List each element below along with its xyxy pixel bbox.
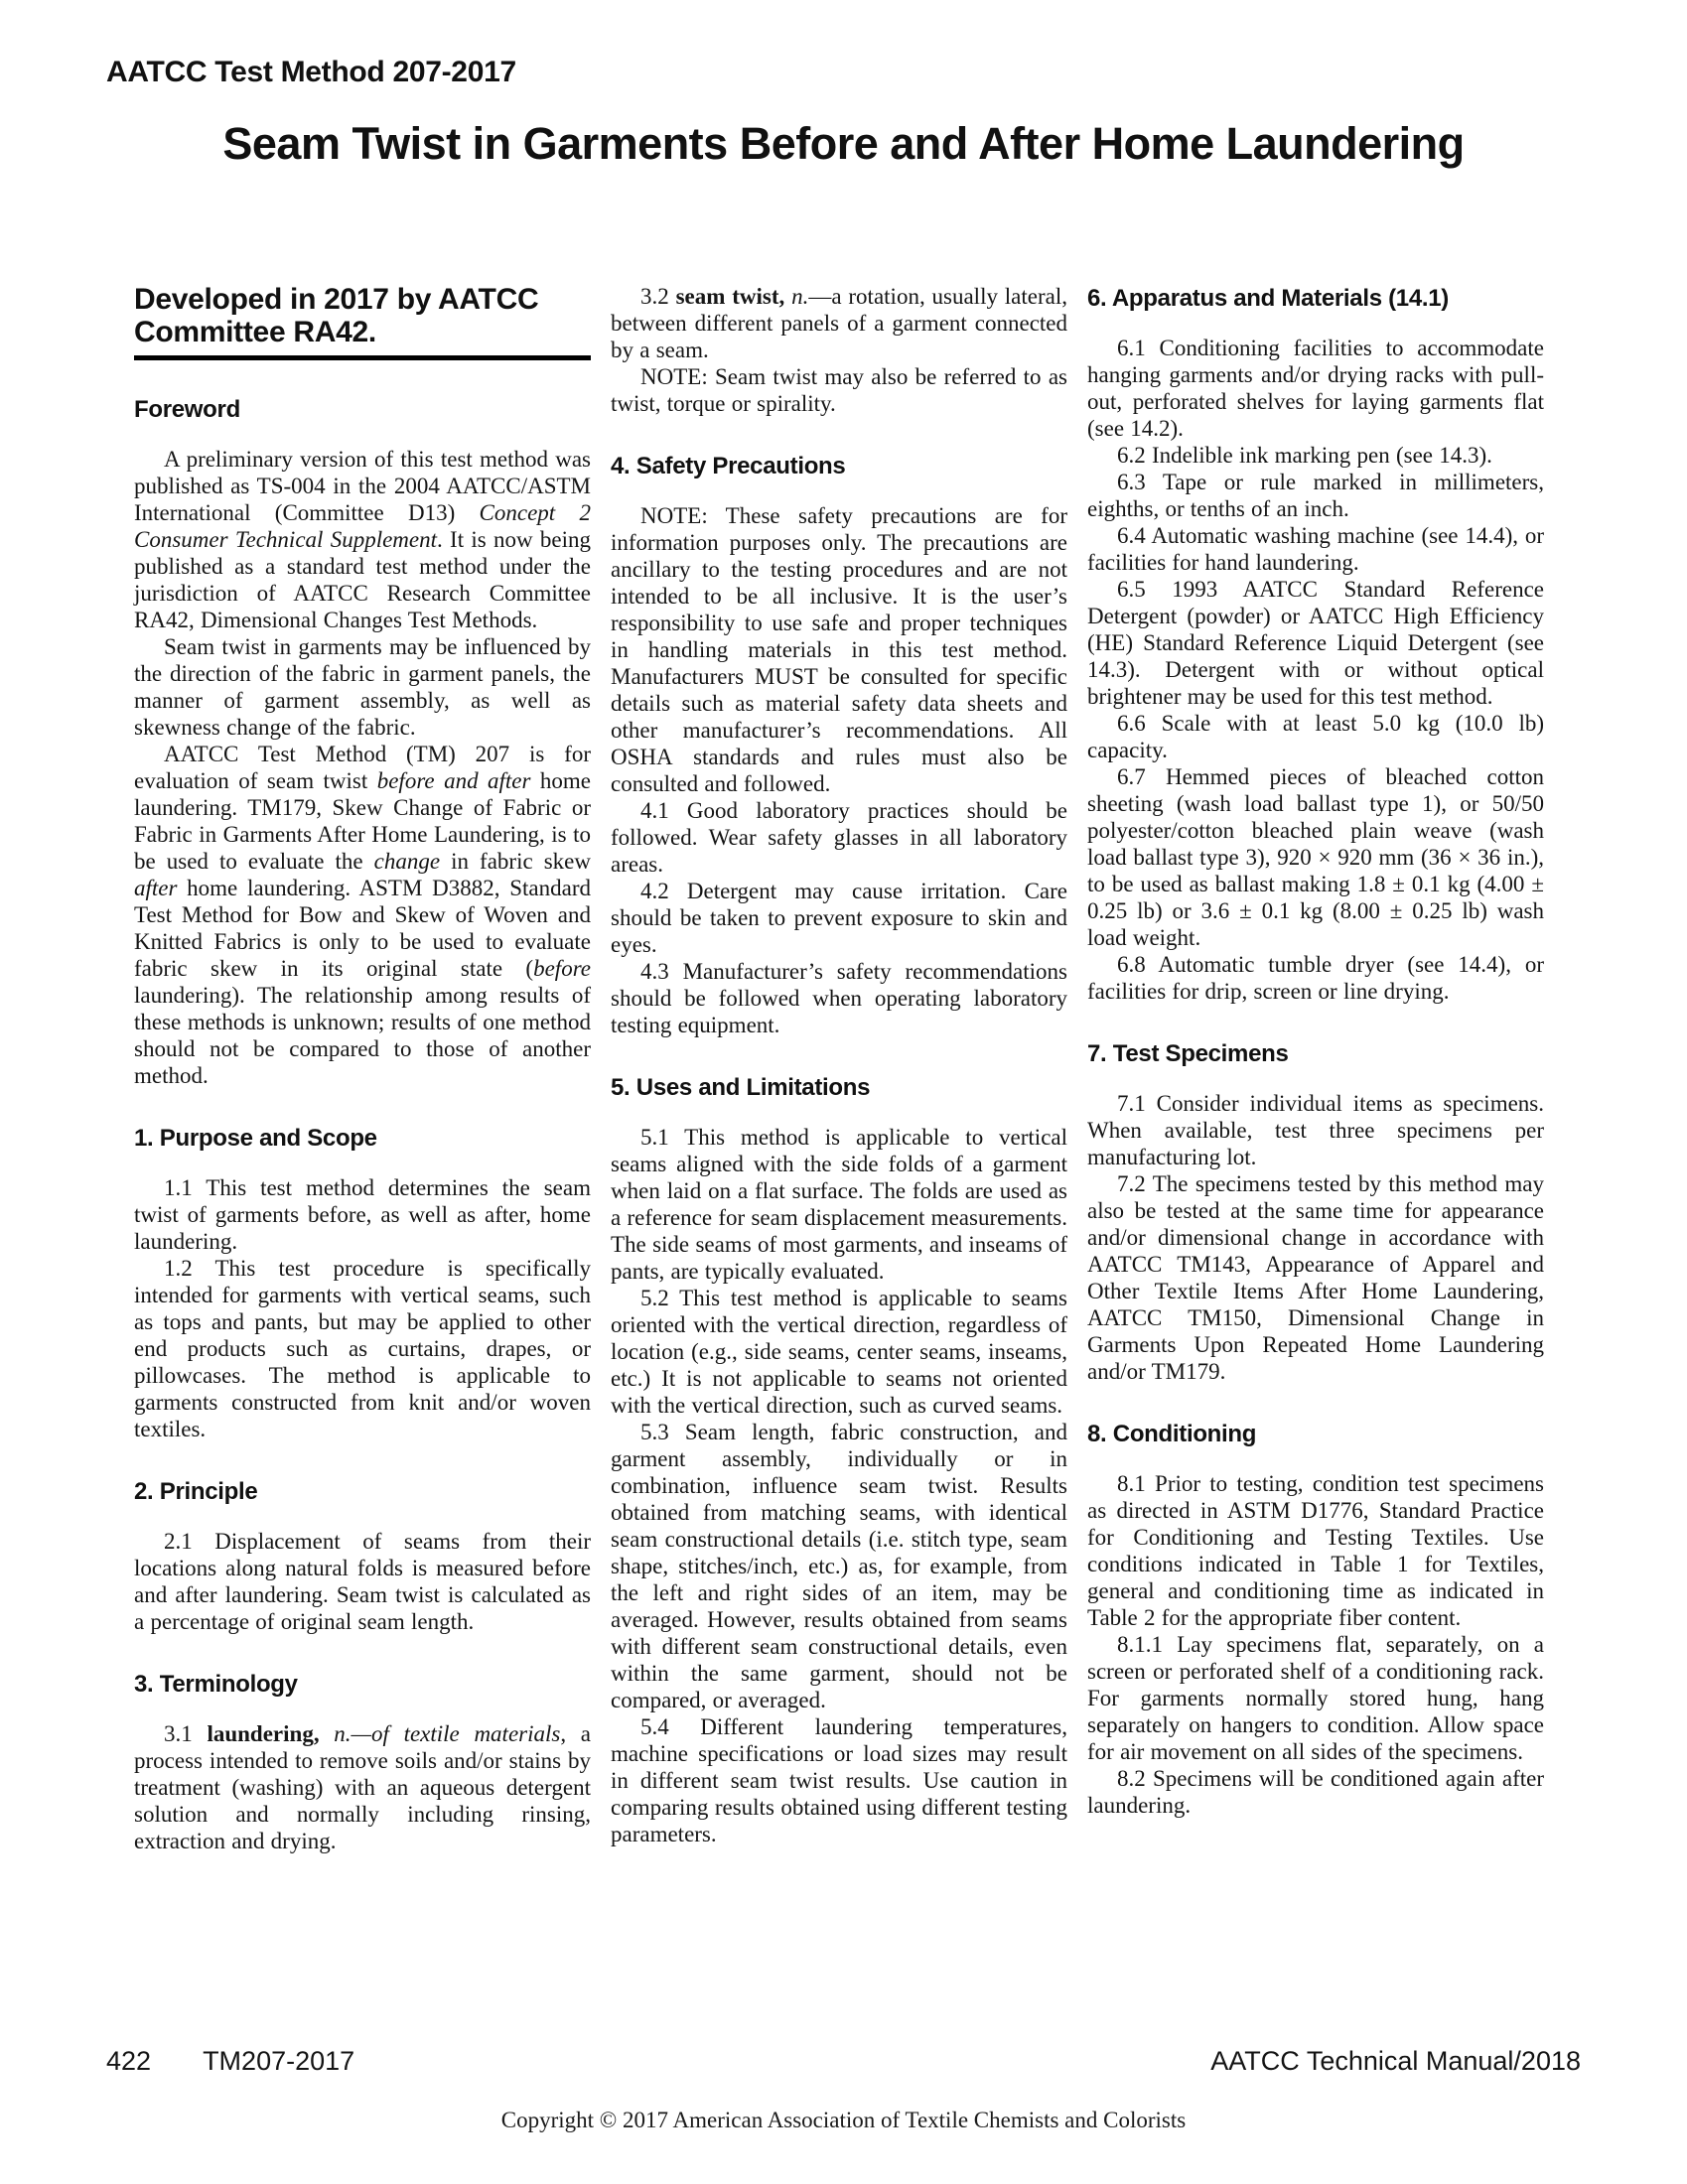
section-heading: 7. Test Specimens: [1087, 1040, 1544, 1068]
text-run: 3.1: [164, 1721, 207, 1746]
paragraph: NOTE: These safety precautions are for i…: [611, 502, 1067, 797]
paragraph: 4.1 Good laboratory practices should be …: [611, 797, 1067, 878]
paragraph: 6.7 Hemmed pieces of bleached cotton she…: [1087, 763, 1544, 951]
paragraph: 6.5 1993 AATCC Standard Reference Deterg…: [1087, 576, 1544, 710]
text-run: 8.2 Specimens will be conditioned again …: [1087, 1766, 1544, 1818]
text-run: before: [533, 956, 591, 981]
paragraph: 8.2 Specimens will be conditioned again …: [1087, 1765, 1544, 1819]
text-run: 4.1 Good laboratory practices should be …: [611, 798, 1067, 877]
text-run: 6.4 Automatic washing machine (see 14.4)…: [1087, 523, 1544, 575]
text-run: seam twist,: [676, 284, 785, 309]
divider-rule: [134, 355, 591, 360]
text-run: 6.6 Scale with at least 5.0 kg (10.0 lb)…: [1087, 711, 1544, 762]
footer-manual-name: AATCC Technical Manual/2018: [1210, 2045, 1581, 2077]
text-run: Seam twist in garments may be influenced…: [134, 634, 591, 740]
paragraph: 8.1.1 Lay specimens flat, separately, on…: [1087, 1631, 1544, 1765]
text-run: n.—of textile materials: [334, 1721, 560, 1746]
text-run: 4.2 Detergent may cause irritation. Care…: [611, 879, 1067, 957]
footer-doc-number: TM207-2017: [203, 2045, 354, 2077]
paragraph: 5.3 Seam length, fabric construction, an…: [611, 1419, 1067, 1713]
section-heading: 6. Apparatus and Materials (14.1): [1087, 285, 1544, 313]
text-run: 6.8 Automatic tumble dryer (see 14.4), o…: [1087, 952, 1544, 1004]
text-run: 1.2 This test procedure is specifically …: [134, 1256, 591, 1441]
section-heading: Foreword: [134, 396, 591, 424]
page-number: 422: [106, 2045, 151, 2077]
text-run: 8.1.1 Lay specimens flat, separately, on…: [1087, 1632, 1544, 1764]
text-columns: Developed in 2017 by AATCC Committee RA4…: [134, 283, 1544, 1854]
paragraph: 7.1 Consider individual items as specime…: [1087, 1090, 1544, 1170]
paragraph: 5.2 This test method is applicable to se…: [611, 1285, 1067, 1419]
text-run: laundering,: [207, 1721, 319, 1746]
text-run: 5.1 This method is applicable to vertica…: [611, 1125, 1067, 1284]
paragraph: 6.8 Automatic tumble dryer (see 14.4), o…: [1087, 951, 1544, 1005]
text-run: 6.3 Tape or rule marked in millimeters, …: [1087, 470, 1544, 521]
paragraph: 2.1 Displacement of seams from their loc…: [134, 1528, 591, 1635]
paragraph: 1.2 This test procedure is specifically …: [134, 1255, 591, 1442]
column-2: 3.2 seam twist, n.—a rotation, usually l…: [611, 283, 1067, 1847]
text-run: 4.3 Manufacturer’s safety recommendation…: [611, 959, 1067, 1037]
text-run: 5.2 This test method is applicable to se…: [611, 1286, 1067, 1418]
text-run: [320, 1721, 335, 1746]
column-3: 6. Apparatus and Materials (14.1)6.1 Con…: [1087, 283, 1544, 1819]
section-heading: 3. Terminology: [134, 1671, 591, 1699]
text-run: NOTE: These safety precautions are for i…: [611, 503, 1067, 796]
text-run: home laundering. ASTM D3882, Standard Te…: [134, 876, 591, 981]
section-heading: 2. Principle: [134, 1478, 591, 1506]
text-run: n.: [791, 284, 808, 309]
section-heading: 1. Purpose and Scope: [134, 1125, 591, 1153]
paragraph: 3.2 seam twist, n.—a rotation, usually l…: [611, 283, 1067, 363]
paragraph: 7.2 The specimens tested by this method …: [1087, 1170, 1544, 1385]
text-run: 2.1 Displacement of seams from their loc…: [134, 1529, 591, 1634]
text-run: 1.1 This test method determines the seam…: [134, 1175, 591, 1254]
section-heading: 8. Conditioning: [1087, 1421, 1544, 1448]
paragraph: 4.2 Detergent may cause irritation. Care…: [611, 878, 1067, 958]
paragraph: NOTE: Seam twist may also be referred to…: [611, 363, 1067, 417]
page-footer: 422 TM207-2017 AATCC Technical Manual/20…: [106, 2045, 1581, 2077]
paragraph: 1.1 This test method determines the seam…: [134, 1174, 591, 1255]
text-run: before and after: [377, 768, 531, 793]
text-run: after: [134, 876, 177, 900]
section-heading: 5. Uses and Limitations: [611, 1074, 1067, 1102]
paragraph: 4.3 Manufacturer’s safety recommendation…: [611, 958, 1067, 1038]
paragraph: 6.3 Tape or rule marked in millimeters, …: [1087, 469, 1544, 522]
text-run: 5.4 Different laundering temperatures, m…: [611, 1714, 1067, 1846]
text-run: 6.7 Hemmed pieces of bleached cotton she…: [1087, 764, 1544, 950]
text-run: 7.2 The specimens tested by this method …: [1087, 1171, 1544, 1384]
copyright-line: Copyright © 2017 American Association of…: [0, 2107, 1687, 2134]
text-run: change: [374, 849, 440, 874]
paragraph: A preliminary version of this test metho…: [134, 446, 591, 633]
text-run: 3.2: [640, 284, 676, 309]
paragraph: 5.1 This method is applicable to vertica…: [611, 1124, 1067, 1285]
paragraph: 6.2 Indelible ink marking pen (see 14.3)…: [1087, 442, 1544, 469]
method-number-header: AATCC Test Method 207-2017: [106, 56, 516, 88]
text-run: 6.5 1993 AATCC Standard Reference Deterg…: [1087, 577, 1544, 709]
text-run: 6.1 Conditioning facilities to accommoda…: [1087, 336, 1544, 441]
paragraph: 8.1 Prior to testing, condition test spe…: [1087, 1470, 1544, 1631]
paragraph: AATCC Test Method (TM) 207 is for evalua…: [134, 741, 591, 1089]
text-run: 8.1 Prior to testing, condition test spe…: [1087, 1471, 1544, 1630]
paragraph: 6.4 Automatic washing machine (see 14.4)…: [1087, 522, 1544, 576]
text-run: in fabric skew: [440, 849, 591, 874]
document-page: AATCC Test Method 207-2017 Seam Twist in…: [0, 0, 1687, 2184]
paragraph: 5.4 Different laundering temperatures, m…: [611, 1713, 1067, 1847]
text-run: 7.1 Consider individual items as specime…: [1087, 1091, 1544, 1169]
text-run: NOTE: Seam twist may also be referred to…: [611, 364, 1067, 416]
paragraph: 6.1 Conditioning facilities to accommoda…: [1087, 335, 1544, 442]
page-title: Seam Twist in Garments Before and After …: [0, 119, 1687, 169]
committee-attribution: Developed in 2017 by AATCC Committee RA4…: [134, 283, 591, 348]
paragraph: 3.1 laundering, n.—of textile materials,…: [134, 1720, 591, 1854]
text-run: 5.3 Seam length, fabric construction, an…: [611, 1420, 1067, 1712]
paragraph: Seam twist in garments may be influenced…: [134, 633, 591, 741]
text-run: laundering). The relationship among resu…: [134, 983, 591, 1088]
section-heading: 4. Safety Precautions: [611, 453, 1067, 480]
column-1: Developed in 2017 by AATCC Committee RA4…: [134, 283, 591, 1854]
paragraph: 6.6 Scale with at least 5.0 kg (10.0 lb)…: [1087, 710, 1544, 763]
text-run: 6.2 Indelible ink marking pen (see 14.3)…: [1117, 443, 1492, 468]
